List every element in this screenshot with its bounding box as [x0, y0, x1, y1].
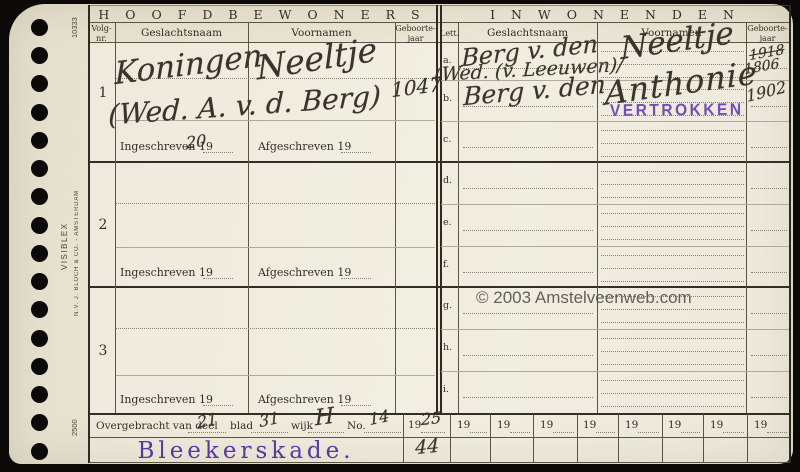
handwritten-no: 14 — [368, 408, 390, 428]
row-letter-g: g. — [443, 300, 452, 311]
leader-dots — [188, 432, 226, 433]
writing-line — [601, 309, 744, 310]
row-letter-b: b. — [443, 93, 452, 104]
column-header-geboortejaar-line1: Geboorte- — [395, 24, 436, 34]
writing-line — [751, 230, 787, 231]
leader-dots — [723, 432, 744, 433]
row-letter-d: d. — [443, 175, 452, 186]
writing-line — [601, 171, 744, 172]
punch-hole — [31, 75, 48, 92]
table-line — [248, 22, 249, 413]
writing-line — [601, 406, 744, 407]
writing-line — [116, 203, 435, 204]
punch-hole — [31, 330, 48, 347]
writing-line — [601, 380, 744, 381]
table-line — [88, 5, 90, 463]
row-separator — [441, 246, 789, 247]
row-separator — [441, 329, 789, 330]
column-header-volgnr: Volg- nr. — [88, 24, 115, 44]
writing-line — [116, 247, 435, 248]
punch-hole — [31, 301, 48, 318]
afgeschreven-label-row2: Afgeschreven 19 — [258, 266, 351, 279]
serial-number-top: 10333 — [70, 8, 79, 38]
table-line — [577, 414, 578, 463]
table-line — [747, 414, 748, 463]
leader-dots — [203, 405, 233, 406]
writing-line — [751, 397, 787, 398]
handwritten-ingeschreven-year: 20 — [186, 133, 207, 152]
writing-line — [751, 355, 787, 356]
writing-line — [601, 351, 744, 352]
leader-dots — [203, 278, 233, 279]
afgeschreven-label-row3: Afgeschreven 19 — [258, 393, 351, 406]
row-number-2: 2 — [94, 217, 112, 233]
column-header-geboortejaar-right-line1: Geboorte- — [746, 24, 789, 34]
vertrokken-stamp: VERTROKKEN — [610, 101, 744, 122]
leader-dots — [308, 432, 344, 433]
table-line — [490, 414, 491, 463]
table-line — [88, 5, 789, 6]
row-number-3: 3 — [94, 343, 112, 359]
writing-line — [601, 156, 744, 157]
writing-line — [601, 364, 744, 365]
afgeschreven-label-row1: Afgeschreven 19 — [258, 140, 351, 153]
leader-dots — [203, 152, 233, 153]
leader-dots — [341, 152, 371, 153]
year-cell: 19 — [497, 419, 510, 431]
writing-line — [463, 230, 593, 231]
serial-number-bottom: 2500 — [70, 410, 79, 436]
punch-hole — [31, 132, 48, 149]
year-cell: 19 — [710, 419, 723, 431]
writing-line — [601, 281, 744, 282]
column-header-lett: Lett. — [440, 29, 458, 39]
table-line — [533, 414, 534, 463]
year-cell: 19 — [625, 419, 638, 431]
writing-line — [116, 328, 435, 329]
column-header-geboortejaar-line2: jaar — [395, 34, 436, 44]
copyright-watermark: © 2003 Amstelveenweb.com — [476, 288, 692, 308]
writing-line — [601, 338, 744, 339]
year-cell: 19 — [540, 419, 553, 431]
brand-name: VISIBLEX — [60, 206, 69, 270]
handwritten-house-number: 44 — [415, 437, 439, 459]
leader-dots — [470, 432, 487, 433]
punch-hole — [31, 414, 48, 431]
column-header-geboortejaar: Geboorte- jaar — [395, 24, 436, 44]
leader-dots — [251, 432, 288, 433]
writing-line — [601, 184, 744, 185]
row-letter-h: h. — [443, 342, 452, 353]
punch-hole — [31, 217, 48, 234]
writing-line — [751, 147, 787, 148]
punch-hole — [31, 386, 48, 403]
writing-line — [463, 272, 593, 273]
row-separator — [441, 371, 789, 372]
handwritten-deel: 21 — [196, 411, 218, 431]
writing-line — [601, 130, 744, 131]
leader-dots — [767, 432, 787, 433]
scanned-register-card-page: 10333 VISIBLEX N.V. J. BLOCH & CO. - AMS… — [0, 0, 800, 472]
writing-line — [751, 188, 787, 189]
year-cell: 19 — [668, 419, 681, 431]
writing-line — [463, 147, 593, 148]
punch-hole — [31, 245, 48, 262]
punch-hole — [31, 160, 48, 177]
inwonenden-title: I N W O N E N D E N — [440, 7, 790, 22]
writing-line — [463, 355, 593, 356]
leader-dots — [364, 432, 401, 433]
table-line — [403, 414, 404, 463]
punch-hole — [31, 358, 48, 375]
writing-line — [463, 397, 593, 398]
writing-line — [751, 106, 787, 107]
row-letter-c: c. — [443, 134, 451, 145]
street-name-stamp: Bleekerskade. — [90, 438, 402, 464]
leader-dots — [341, 405, 371, 406]
ingeschreven-label-row3: Ingeschreven 19 — [120, 393, 213, 406]
leader-dots — [638, 432, 659, 433]
table-line — [618, 414, 619, 463]
table-line — [662, 414, 663, 463]
writing-line — [601, 226, 744, 227]
row-letter-e: e. — [443, 217, 452, 228]
writing-line — [601, 393, 744, 394]
handwritten-year-1925: 25 — [421, 410, 441, 428]
writing-line — [116, 375, 435, 376]
row-letter-i: i. — [443, 384, 449, 395]
handwritten-blad: 31 — [258, 410, 280, 430]
writing-line — [601, 197, 744, 198]
column-header-volgnr-line2: nr. — [88, 34, 115, 44]
leader-dots — [681, 432, 700, 433]
punch-hole — [31, 19, 48, 36]
writing-line — [601, 143, 744, 144]
leader-dots — [596, 432, 615, 433]
writing-line — [601, 322, 744, 323]
leader-dots — [553, 432, 574, 433]
punch-hole — [31, 273, 48, 290]
row-letter-f: f. — [443, 259, 449, 270]
wijk-label: wijk — [291, 420, 313, 432]
no-label: No. — [347, 420, 366, 432]
punch-hole — [31, 104, 48, 121]
year-cell: 19 — [754, 419, 767, 431]
table-line — [703, 414, 704, 463]
punch-hole — [31, 188, 48, 205]
column-header-volgnr-line1: Volg- — [88, 24, 115, 34]
handwritten-wijk: H — [315, 406, 335, 431]
column-header-geslachtsnaam: Geslachtsnaam — [115, 27, 248, 39]
ingeschreven-label-row2: Ingeschreven 19 — [120, 266, 213, 279]
brand-subtitle: N.V. J. BLOCH & CO. - AMSTERDAM — [74, 168, 80, 316]
writing-line — [601, 255, 744, 256]
table-line — [88, 161, 789, 163]
year-cell-prefix: 19 — [408, 419, 421, 431]
leader-dots — [510, 432, 530, 433]
writing-line — [601, 239, 744, 240]
writing-line — [463, 188, 593, 189]
writing-line — [601, 268, 744, 269]
writing-line — [601, 213, 744, 214]
table-line — [789, 5, 791, 463]
writing-line — [751, 313, 787, 314]
hoofdbewoners-title: H O O F D B E W O N E R S — [88, 7, 436, 22]
punch-hole — [31, 47, 48, 64]
blad-label: blad — [230, 420, 253, 432]
writing-line — [751, 272, 787, 273]
punch-hole — [31, 443, 48, 460]
year-cell: 19 — [583, 419, 596, 431]
row-separator — [441, 204, 789, 205]
writing-line — [463, 313, 593, 314]
year-cell: 19 — [457, 419, 470, 431]
leader-dots — [421, 432, 445, 433]
table-line — [450, 414, 451, 463]
leader-dots — [341, 278, 371, 279]
